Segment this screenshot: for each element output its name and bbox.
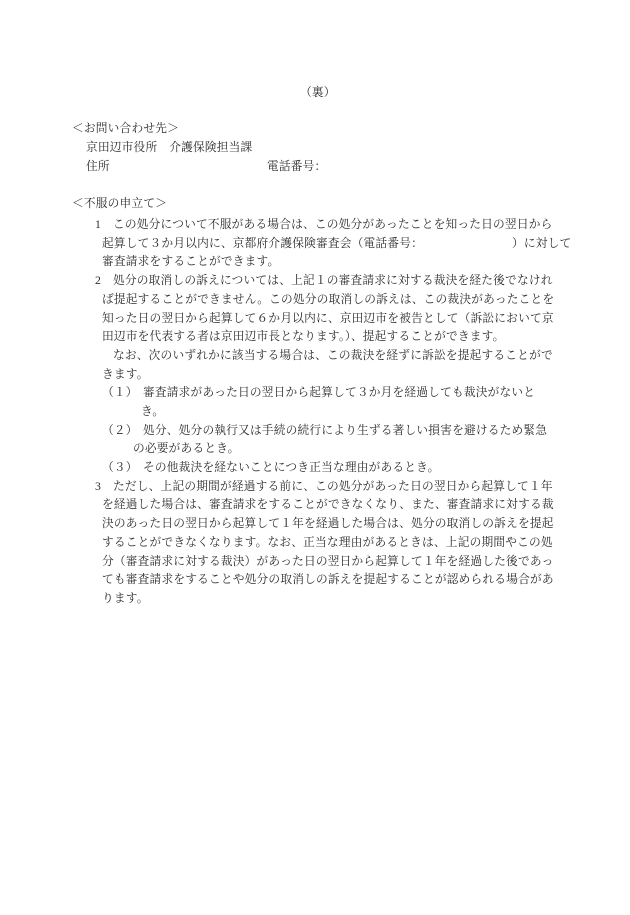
item3-number: 3 xyxy=(95,480,101,494)
sub1-line1: 審査請求があった日の翌日から起算して３か月を経過しても裁決がないと xyxy=(143,386,535,400)
sub1-marker: （１） xyxy=(102,386,138,400)
item3-line5: 分（審査請求に対する裁決）があった日の翌日から起算して１年を経過した後であっ xyxy=(102,555,554,569)
sub2-line1: 処分、処分の執行又は手続の続行により生ずる著しい損害を避けるため緊急 xyxy=(143,424,547,438)
item3-line3: 決のあった日の翌日から起算して１年を経過した場合は、処分の取消しの訴えを提起 xyxy=(102,517,554,531)
item1-number: 1 xyxy=(95,218,101,232)
item2-note-line2: きます。 xyxy=(102,368,149,382)
item2-line4: 田辺市を代表する者は京田辺市長となります。）、提起することができます。 xyxy=(102,330,505,344)
item3-line4: することができなくなります。なお、正当な理由があるときは、上記の期間やこの処 xyxy=(102,536,553,550)
address-label: 住所 xyxy=(86,160,110,174)
appeal-heading: ＜不服の申立て＞ xyxy=(72,197,167,211)
sub2-marker: （２） xyxy=(102,424,138,438)
sub3-line1: その他裁決を経ないことにつき正当な理由があるとき。 xyxy=(143,461,440,475)
item1-line2-post: ）に対して xyxy=(512,237,571,251)
item2-line3: 知った日の翌日から起算して６か月以内に、京田辺市を被告として（訴訟において京 xyxy=(102,312,554,326)
back-side-label: （裏） xyxy=(300,86,336,100)
sub3-marker: （３） xyxy=(102,461,138,475)
item1-line1: この処分について不服がある場合は、この処分があったことを知った日の翌日から xyxy=(113,218,553,232)
item3-line1: ただし、上記の期間が経過する前に、この処分があった日の翌日から起算して１年 xyxy=(113,480,553,494)
item3-line7: ります。 xyxy=(102,592,149,606)
item1-line3: 審査請求をすることができます。 xyxy=(102,255,279,269)
item2-line1: 処分の取消しの訴えについては、上記１の審査請求に対する裁決を経た後でなけれ xyxy=(113,274,553,288)
sub2-line2: の必要があるとき。 xyxy=(133,442,240,456)
sub1-line2: き。 xyxy=(141,405,164,419)
document-page: （裏） ＜お問い合わせ先＞ 京田辺市役所 介護保険担当課 住所 電話番号： ＜不… xyxy=(0,0,630,915)
item2-number: 2 xyxy=(95,274,101,288)
item3-line2: を経過した場合は、審査請求をすることができなくなり、また、審査請求に対する裁 xyxy=(102,498,554,512)
item1-line2-pre: 起算して３か月以内に、京都府介護保険審査会（電話番号： xyxy=(102,237,423,251)
item3-line6: ても審査請求をすることや処分の取消しの訴えを提起することが認められる場合があ xyxy=(102,573,554,587)
item2-note-line1: なお、次のいずれかに該当する場合は、この裁決を経ずに訴訟を提起することがで xyxy=(113,349,553,363)
item2-line2: ば提起することができません。この処分の取消しの訴えは、この裁決があったことを xyxy=(102,293,554,307)
phone-label: 電話番号： xyxy=(267,160,326,174)
contact-office: 京田辺市役所 介護保険担当課 xyxy=(86,141,252,155)
contact-heading: ＜お問い合わせ先＞ xyxy=(72,122,179,136)
